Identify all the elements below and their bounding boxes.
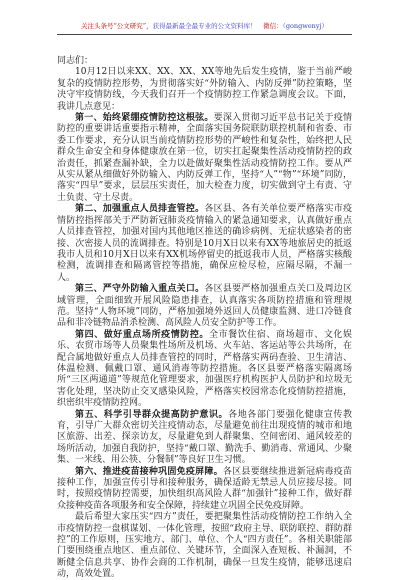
paragraph-text: 最后希望大家压实“四方”责任，要把聚集性活动疫情防控工作纳入全市疫情防控一盘棋谋… — [57, 512, 352, 579]
document-page: 关注头条号“公文研究”，获得最新最全最专业的公文资料库！ 微信：（gongwen… — [0, 0, 408, 580]
paragraph: 10月12日以来XX、XX、XX、XX等地先后发生疫情，鉴于当前严峻复杂的疫情防… — [57, 67, 352, 113]
paragraph-text: 10月12日以来XX、XX、XX、XX等地先后发生疫情，鉴于当前严峻复杂的疫情防… — [57, 67, 352, 111]
paragraph: 第六、推进疫苗接种巩固免疫屏障。各区县要继续推进新冠病毒疫苗接种工作，加强宣传引… — [57, 467, 352, 513]
paragraph: 第四、做好重点场所疫情防控。全市餐饮住宿、商场超市、文化娱乐、农贸市场等人员聚集… — [57, 330, 352, 410]
watermark-header: 关注头条号“公文研究”，获得最新最全最专业的公文资料库！ 微信：（gongwen… — [57, 22, 352, 35]
watermark-text: 关注头条号“公文研究”，获得最新最全最专业的公文资料库！ 微信：（gongwen… — [81, 22, 328, 30]
paragraphs-container: 10月12日以来XX、XX、XX、XX等地先后发生疫情，鉴于当前严峻复杂的疫情防… — [57, 67, 352, 580]
watermark-segment: 微信： — [257, 22, 283, 30]
paragraph-lead: 第三、严守外防输入重点关口。 — [75, 284, 204, 294]
paragraph: 第三、严守外防输入重点关口。各区县要严格加强重点关口及周边区域管理，全面细致开展… — [57, 284, 352, 330]
paragraph-lead: 第四、做好重点场所疫情防控。 — [75, 330, 209, 340]
watermark-segment: （gongwenyj） — [283, 22, 328, 30]
paragraph: 第五、科学引导群众提高防护意识。各地各部门要强化健康宣传教育，引导广大群众密切关… — [57, 410, 352, 467]
watermark-segment: 关注头条号“公文研究”， — [81, 22, 153, 30]
salutation: 同志们： — [57, 56, 352, 67]
document-body: 同志们： 10月12日以来XX、XX、XX、XX等地先后发生疫情，鉴于当前严峻复… — [57, 56, 352, 580]
paragraph-lead: 第二、加强重点人员排查管控。 — [75, 204, 204, 214]
paragraph: 最后希望大家压实“四方”责任，要把聚集性活动疫情防控工作纳入全市疫情防控一盘棋谋… — [57, 512, 352, 580]
paragraph-text: 全市餐饮住宿、商场超市、文化娱乐、农贸市场等人员聚集性场所及机场、火车站、客运站… — [57, 330, 352, 408]
paragraph-text: 各区县、各有关单位要严格落实市疫情防控指挥部关于严防新冠肺炎疫情输入的紧急通知要… — [57, 204, 352, 282]
paragraph: 第一、始终紧绷疫情防控这根弦。要深入贯彻习近平总书记关于疫情防控的重要讲话重要指… — [57, 113, 352, 204]
paragraph-lead: 第一、始终紧绷疫情防控这根弦。 — [75, 113, 214, 123]
watermark-segment: 获得最新最全最专业的公文资料库！ — [153, 22, 257, 30]
paragraph: 第二、加强重点人员排查管控。各区县、各有关单位要严格落实市疫情防控指挥部关于严防… — [57, 204, 352, 284]
paragraph-lead: 第五、科学引导群众提高防护意识。 — [75, 410, 228, 420]
paragraph-lead: 第六、推进疫苗接种巩固免疫屏障。 — [75, 467, 223, 477]
paragraph-text: 要深入贯彻习近平总书记关于疫情防控的重要讲话重要指示精神，全面落实国务院联防联控… — [57, 113, 352, 203]
